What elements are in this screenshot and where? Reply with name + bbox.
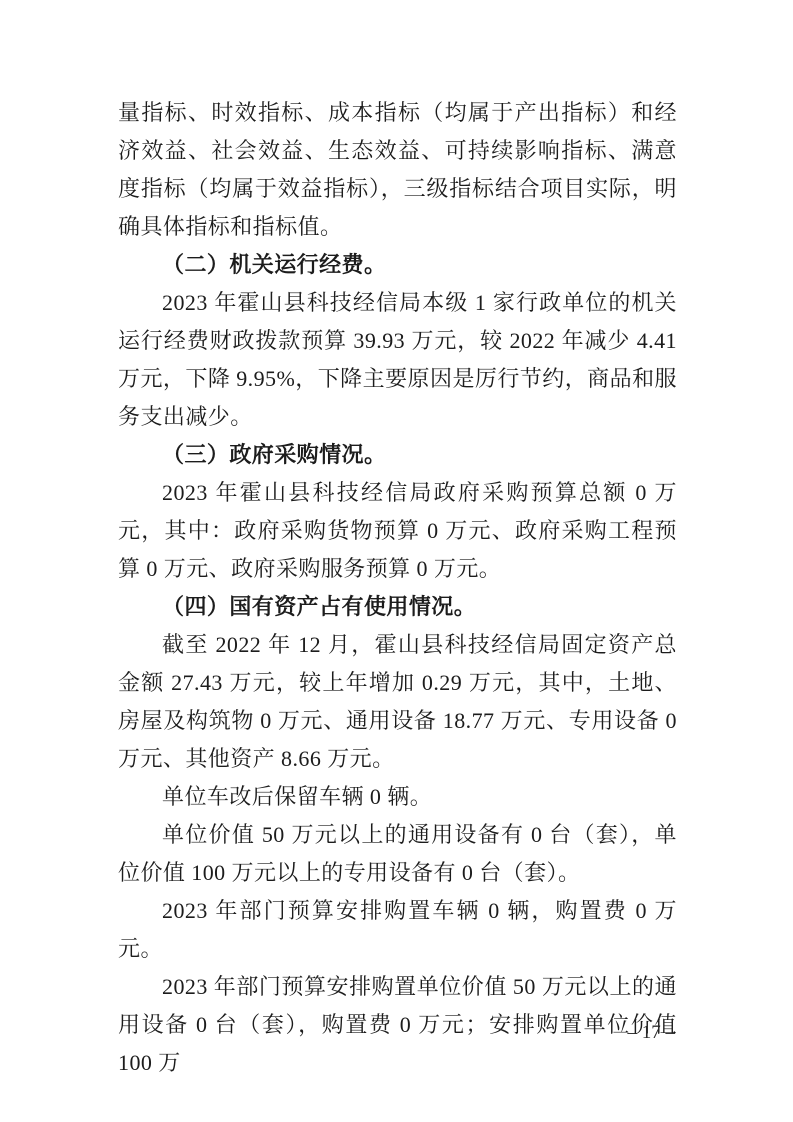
document-page: 量指标、时效指标、成本指标（均属于产出指标）和经济效益、社会效益、生态效益、可持… <box>0 0 793 1122</box>
paragraph-fixed-assets-total: 截至 2022 年 12 月，霍山县科技经信局固定资产总金额 27.43 万元，… <box>118 626 677 778</box>
section-heading-government-procurement: （三）政府采购情况。 <box>118 436 677 474</box>
paragraph-performance-indicators: 量指标、时效指标、成本指标（均属于产出指标）和经济效益、社会效益、生态效益、可持… <box>118 94 677 246</box>
paragraph-budget-vehicle-purchase: 2023 年部门预算安排购置车辆 0 辆，购置费 0 万元。 <box>118 892 677 968</box>
page-number: – 17 – <box>628 1019 676 1047</box>
document-body: 量指标、时效指标、成本指标（均属于产出指标）和经济效益、社会效益、生态效益、可持… <box>118 94 677 1082</box>
paragraph-agency-operating-expenses: 2023 年霍山县科技经信局本级 1 家行政单位的机关运行经费财政拨款预算 39… <box>118 284 677 436</box>
paragraph-government-procurement: 2023 年霍山县科技经信局政府采购预算总额 0 万元，其中：政府采购货物预算 … <box>118 474 677 588</box>
section-heading-state-owned-assets: （四）国有资产占有使用情况。 <box>118 588 677 626</box>
paragraph-budget-equipment-purchase: 2023 年部门预算安排购置单位价值 50 万元以上的通用设备 0 台（套），购… <box>118 968 677 1082</box>
section-heading-agency-operating-expenses: （二）机关运行经费。 <box>118 246 677 284</box>
paragraph-high-value-equipment: 单位价值 50 万元以上的通用设备有 0 台（套），单位价值 100 万元以上的… <box>118 816 677 892</box>
paragraph-retained-vehicles: 单位车改后保留车辆 0 辆。 <box>118 778 677 816</box>
